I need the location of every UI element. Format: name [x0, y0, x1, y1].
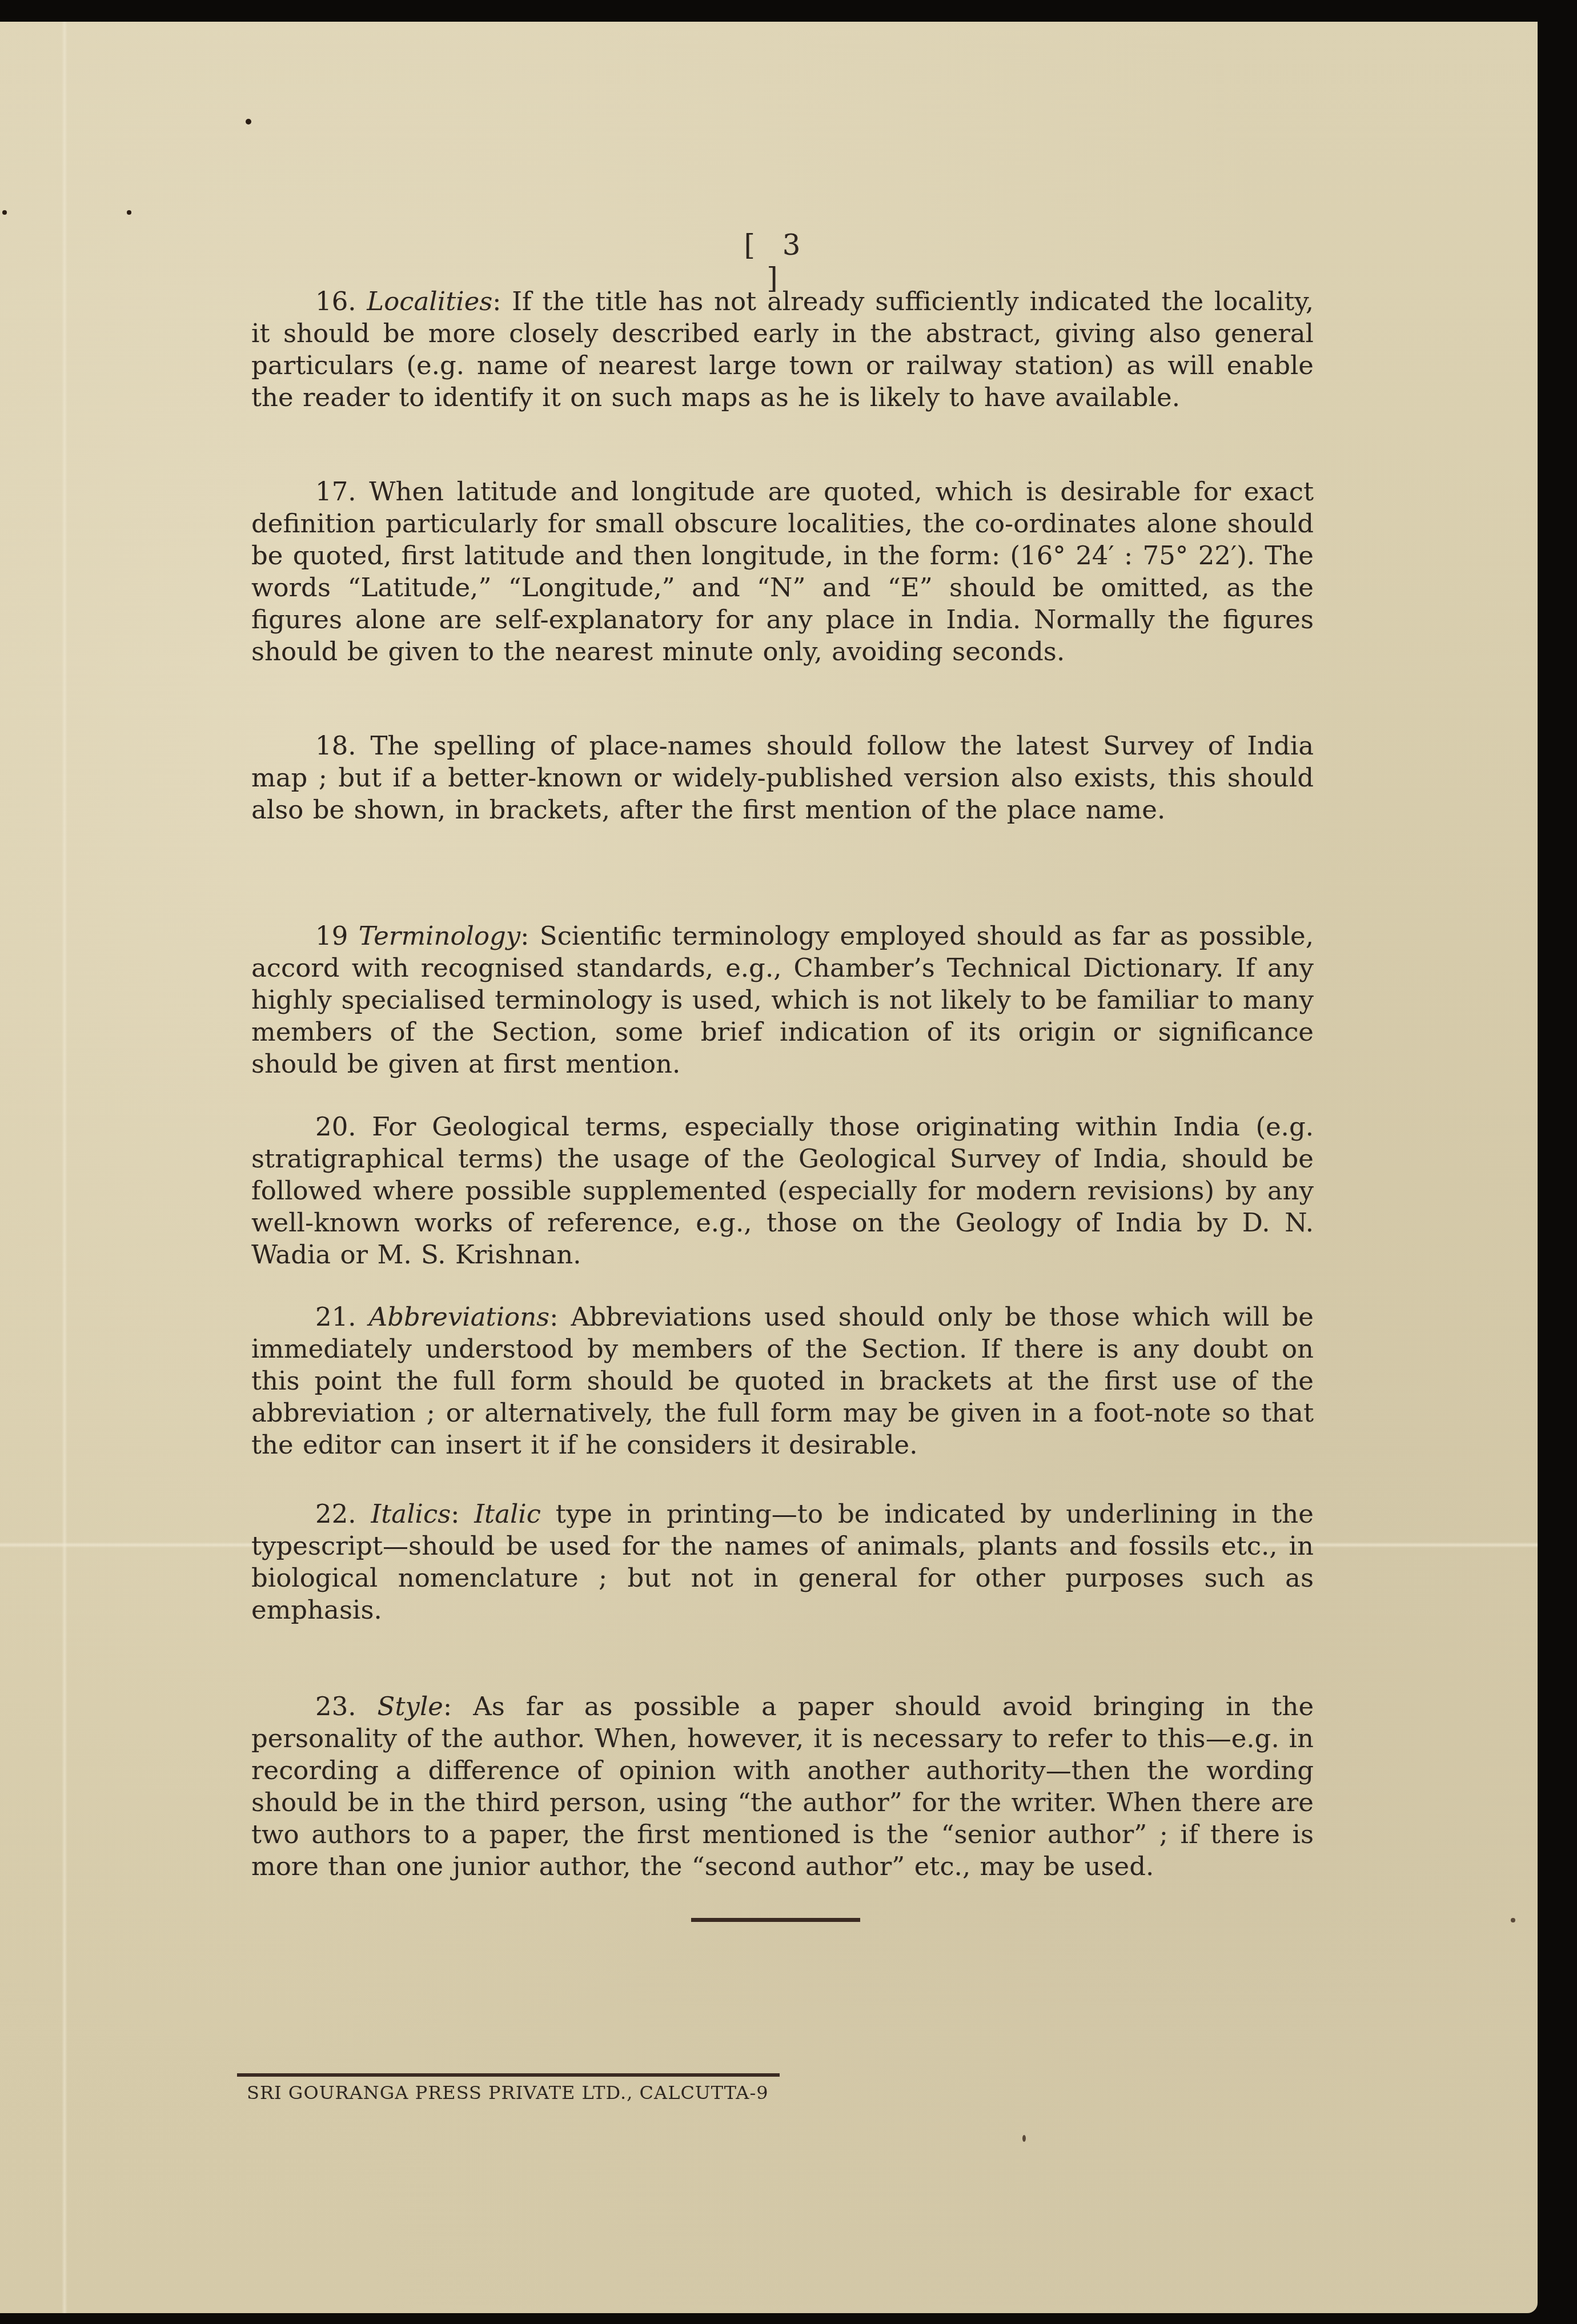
paragraph-23: 23. Style: As far as possible a paper sh… [251, 1691, 1314, 1883]
paragraph-number: 17. [315, 476, 356, 507]
paragraph-text: The spelling of place-names should follo… [251, 730, 1314, 825]
paragraph-label: Terminology [359, 921, 521, 951]
paragraph-18: 18. The spelling of place-names should f… [251, 730, 1314, 826]
paragraph-19: 19 Terminology: Scientific terminology e… [251, 920, 1314, 1080]
paragraph-number: 20. [315, 1111, 356, 1142]
paragraph-21: 21. Abbreviations: Abbreviations used sh… [251, 1301, 1314, 1461]
end-of-text-rule [691, 1918, 860, 1922]
paragraph-label: Italics [371, 1499, 451, 1529]
paper-speck [1511, 1918, 1515, 1922]
paragraph-number: 23. [315, 1691, 356, 1721]
paragraph-number: 16. [315, 286, 356, 316]
press-imprint: SRI GOURANGA PRESS PRIVATE LTD., CALCUTT… [247, 2081, 795, 2104]
pin-hole-mark [127, 210, 131, 215]
paragraph-22: 22. Italics: Italic type in printing—to … [251, 1498, 1314, 1626]
page-number: [ 3 ] [731, 228, 822, 295]
paragraph-number: 18. [315, 730, 356, 761]
pin-hole-mark [246, 119, 251, 125]
paragraph-text: For Geological terms, especially those o… [251, 1111, 1314, 1270]
paper-fold-vertical [62, 22, 67, 2313]
paragraph-20: 20. For Geological terms, especially tho… [251, 1111, 1314, 1271]
paragraph-number: 19 [315, 921, 348, 951]
paragraph-number: 22. [315, 1499, 356, 1529]
imprint-rule [237, 2073, 780, 2077]
label-separator: : [492, 286, 501, 316]
paragraph-text: When latitude and longitude are quoted, … [251, 476, 1314, 667]
label-separator: : [549, 1302, 558, 1332]
paragraph-16: 16. Localities: If the title has not alr… [251, 286, 1314, 414]
document-page: [ 3 ] 16. Localities: If the title has n… [0, 22, 1538, 2313]
paragraph-17: 17. When latitude and longitude are quot… [251, 476, 1314, 668]
paragraph-number: 21. [315, 1302, 356, 1332]
pin-hole-mark [2, 210, 7, 215]
paper-speck [1022, 2135, 1026, 2142]
paragraph-label: Abbreviations [369, 1302, 550, 1332]
paragraph-label: Localities [367, 286, 492, 316]
paragraph-label: Style [378, 1691, 443, 1721]
italic-lead-word: Italic [474, 1499, 541, 1529]
label-separator: : [451, 1499, 459, 1529]
label-separator: : [443, 1691, 452, 1721]
label-separator: : [520, 921, 529, 951]
